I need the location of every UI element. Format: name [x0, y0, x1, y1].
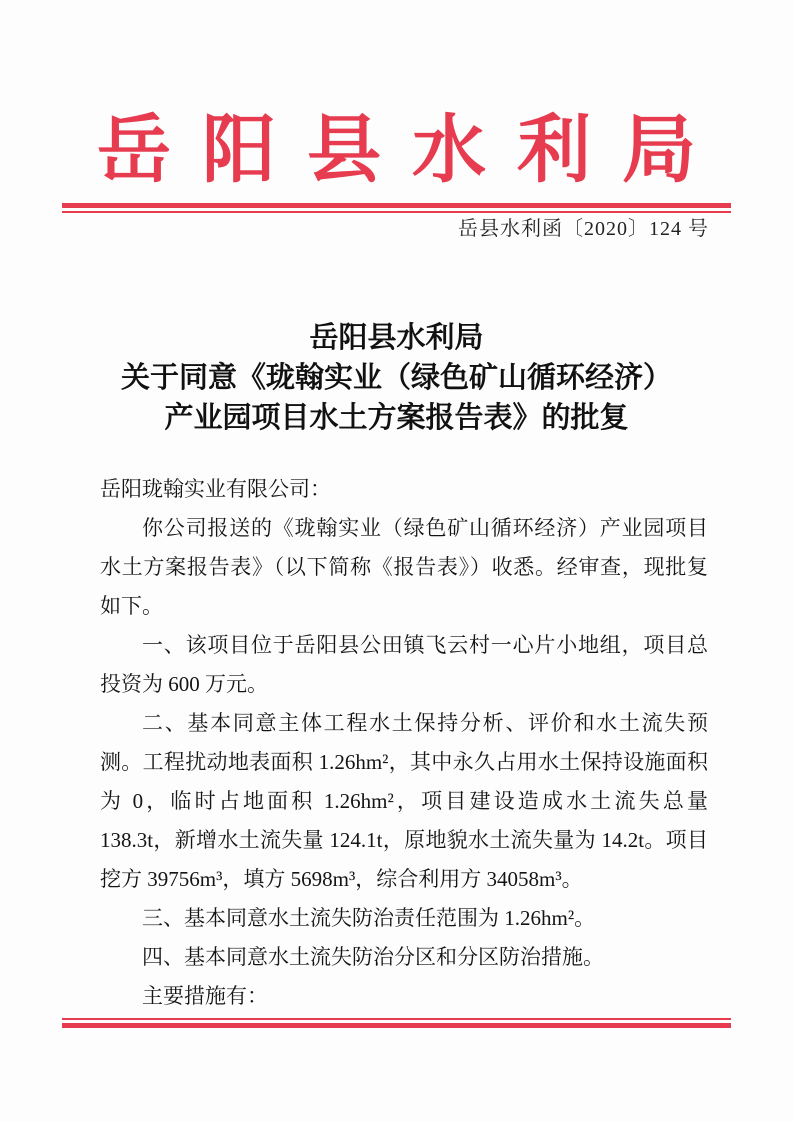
salutation: 岳阳珑翰实业有限公司： — [100, 470, 708, 509]
document-title-line-2: 关于同意《珑翰实业（绿色矿山循环经济） — [0, 358, 793, 398]
document-page: 岳阳县水利局 岳县水利函〔2020〕124 号 岳阳县水利局 关于同意《珑翰实业… — [0, 0, 793, 1122]
document-title: 岳阳县水利局 关于同意《珑翰实业（绿色矿山循环经济） 产业园项目水土方案报告表》… — [0, 318, 793, 438]
footer-divider — [62, 1018, 731, 1028]
body-paragraph-4: 三、基本同意水土流失防治责任范围为 1.26hm²。 — [100, 899, 708, 938]
document-title-line-3: 产业园项目水土方案报告表》的批复 — [0, 398, 793, 438]
document-title-line-1: 岳阳县水利局 — [0, 318, 793, 358]
body-paragraph-5: 四、基本同意水土流失防治分区和分区防治措施。 — [100, 938, 708, 977]
header-divider — [62, 203, 731, 213]
letter-body: 岳阳珑翰实业有限公司： 你公司报送的《珑翰实业（绿色矿山循环经济）产业园项目水土… — [100, 470, 708, 1016]
header-divider-thin-bar — [62, 211, 731, 213]
body-paragraph-1: 你公司报送的《珑翰实业（绿色矿山循环经济）产业园项目水土方案报告表》（以下简称《… — [100, 509, 708, 626]
doc-reference-number: 岳县水利函〔2020〕124 号 — [458, 215, 709, 243]
letterhead-agency-title: 岳阳县水利局 — [0, 106, 793, 196]
footer-divider-thick-bar — [62, 1023, 731, 1028]
body-paragraph-3: 二、基本同意主体工程水土保持分析、评价和水土流失预测。工程扰动地表面积 1.26… — [100, 704, 708, 899]
body-paragraph-2: 一、该项目位于岳阳县公田镇飞云村一心片小地组，项目总投资为 600 万元。 — [100, 626, 708, 704]
body-paragraph-6: 主要措施有： — [100, 977, 708, 1016]
